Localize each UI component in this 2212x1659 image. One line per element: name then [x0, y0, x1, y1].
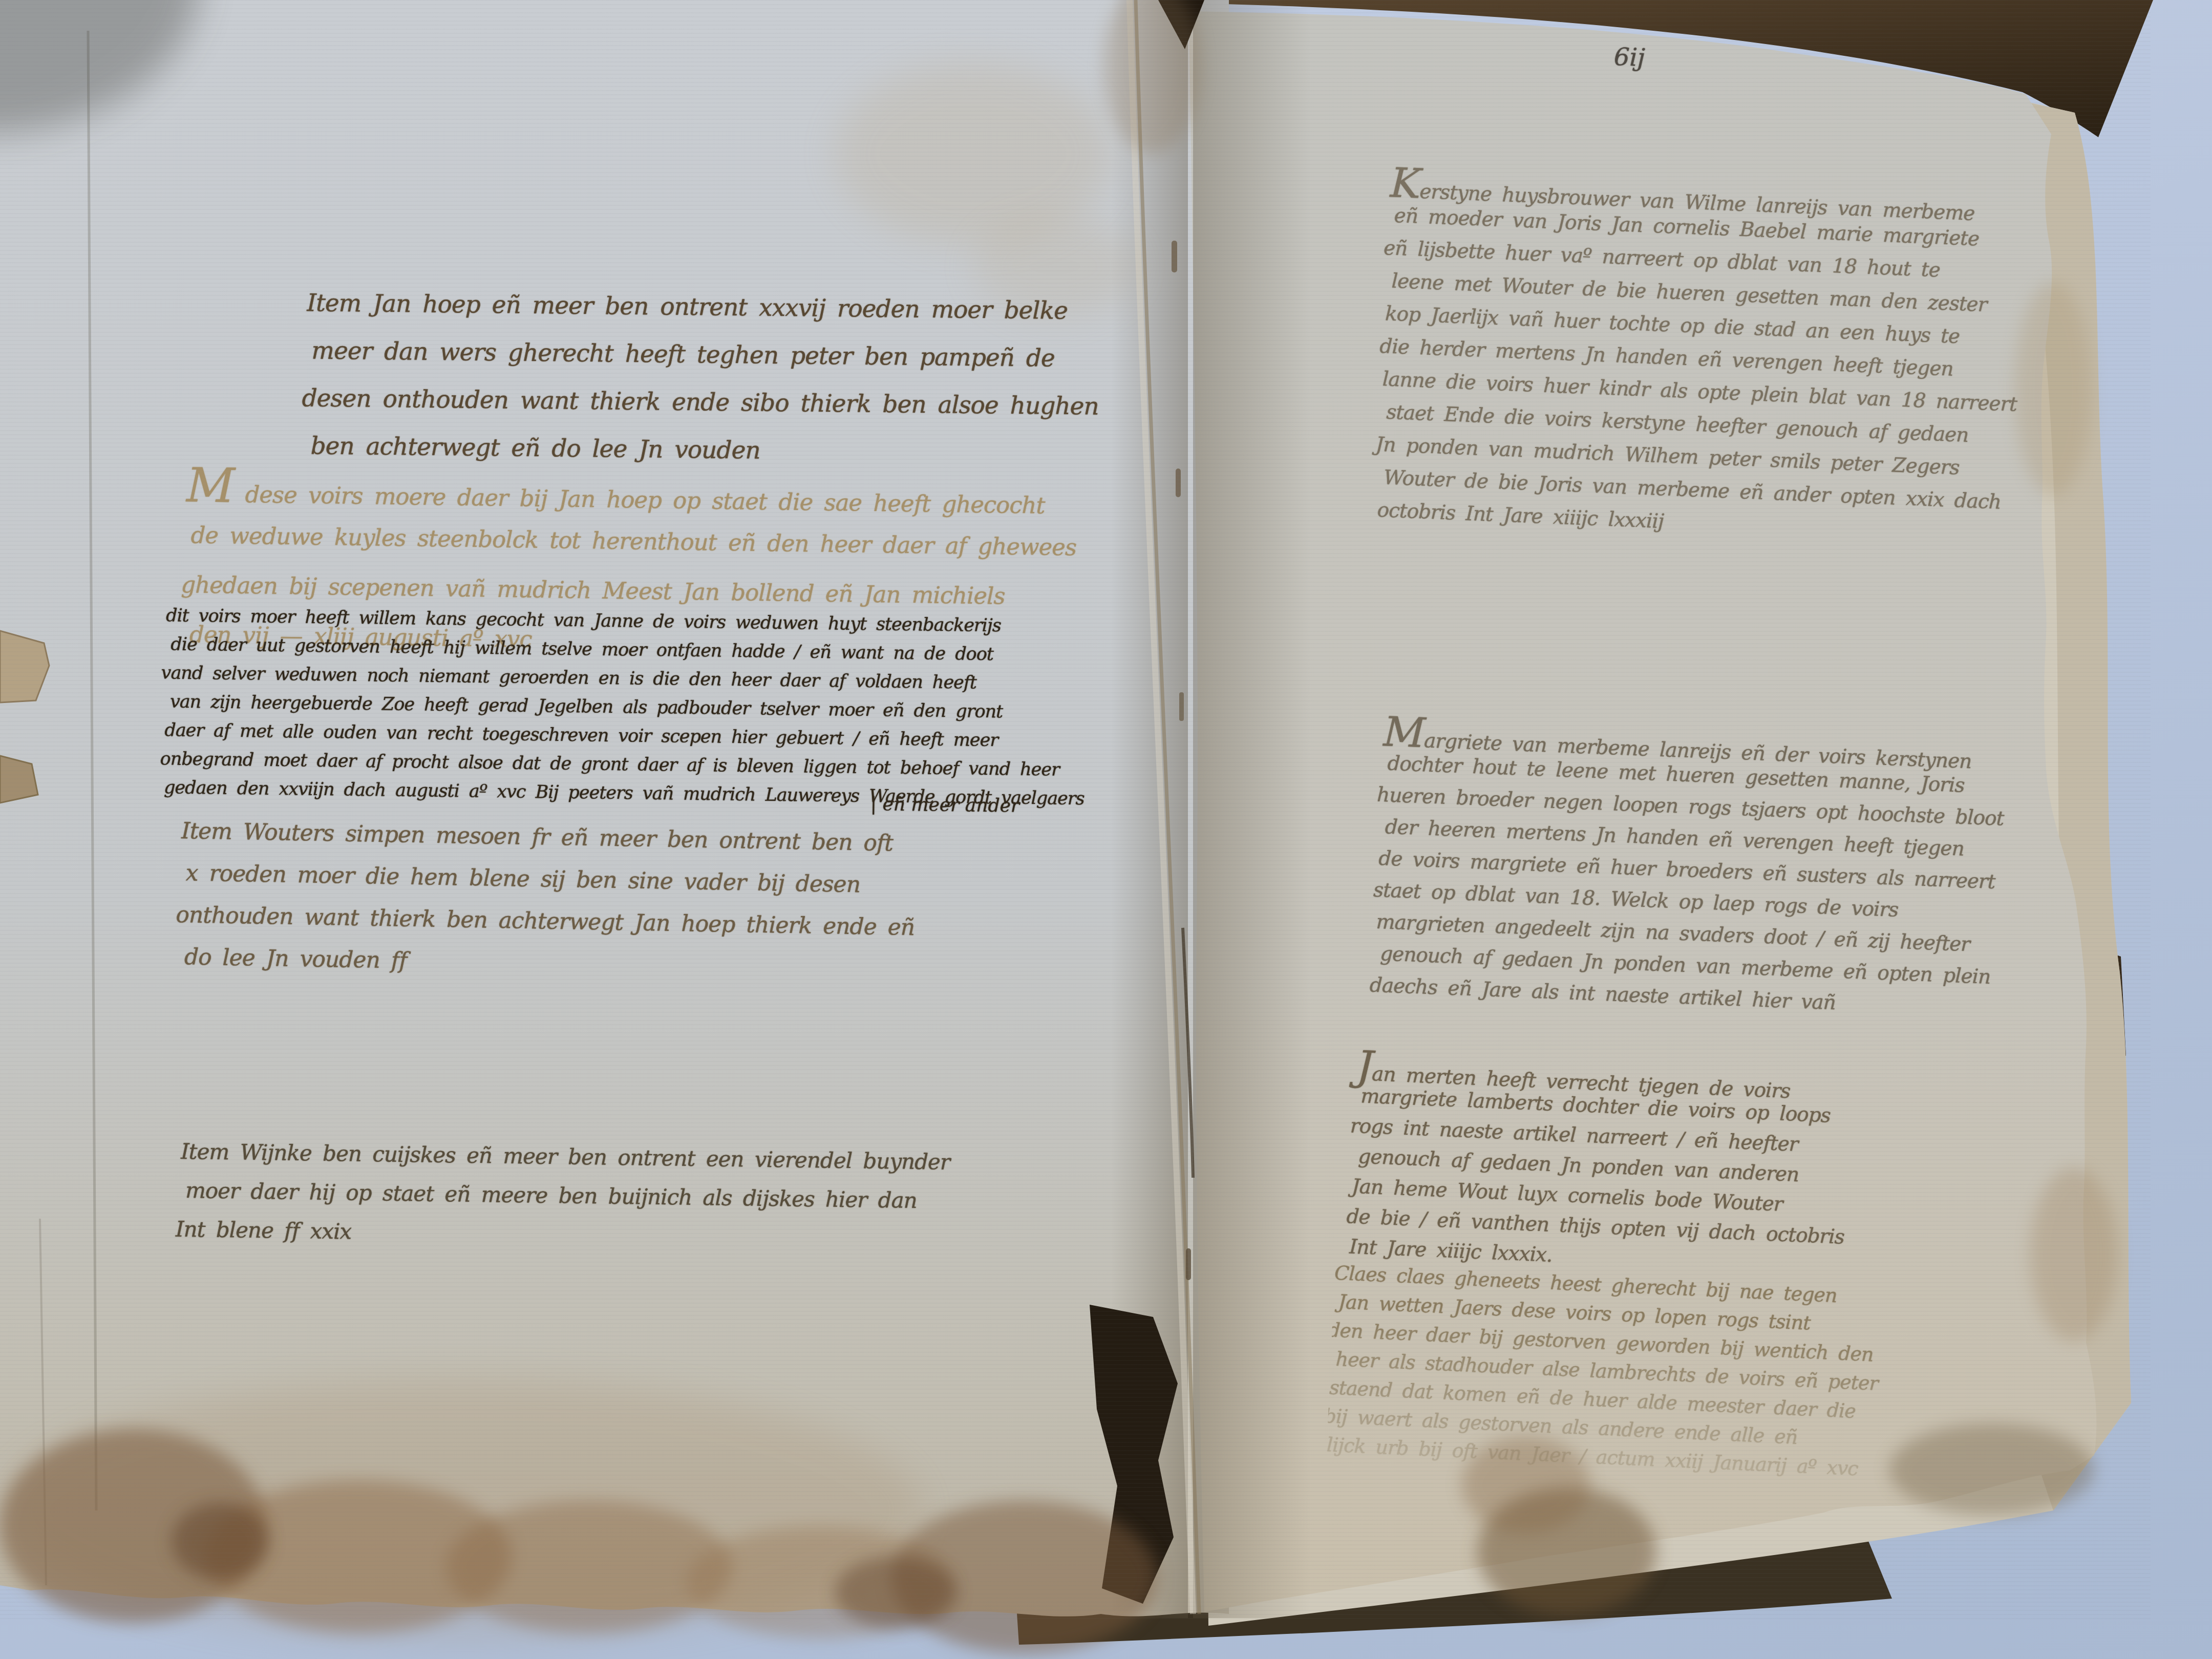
manuscript-paragraph-l1: Item Jan hoep eñ meer ben ontrent xxxvij…	[305, 279, 963, 476]
text-line: desen onthouden want thierk ende sibo th…	[302, 374, 962, 429]
manuscript-signoff: | eñ meer ander	[870, 794, 1020, 817]
text-line: Item Jan hoep eñ meer ben ontrent xxxvij…	[307, 279, 963, 333]
manuscript-paragraph-l4: Item Wouters simpen mesoen fr eñ meer be…	[179, 810, 990, 992]
text-line: meer dan wers gherecht heeft teghen pete…	[311, 327, 962, 381]
manuscript-paragraph-r2: Margriete van merbeme lanreijs eñ der vo…	[1373, 716, 2075, 1028]
manuscript-paragraph-r3: Jan merten heeft verrecht tjegen de voir…	[1349, 1051, 2048, 1291]
handwriting-layer: 6ij Item Jan hoep eñ meer ben ontrent xx…	[0, 0, 2212, 1659]
manuscript-paragraph-r4: Claes claes gheneets heest gherecht bij …	[1326, 1259, 2113, 1495]
manuscript-paragraph-r1: Kerstyne huysbrouwer van Wilme lanreijs …	[1376, 166, 2076, 554]
manuscript-paragraph-l5: Item Wijnke ben cuijskes eñ meer ben ont…	[179, 1132, 990, 1260]
manuscript-paragraph-l3: dit voirs moer heeft willem kans gecocht…	[164, 601, 1144, 814]
folio-number: 6ij	[1613, 42, 1646, 72]
manuscript-photo: 6ij Item Jan hoep eñ meer ben ontrent xx…	[0, 0, 2212, 1659]
